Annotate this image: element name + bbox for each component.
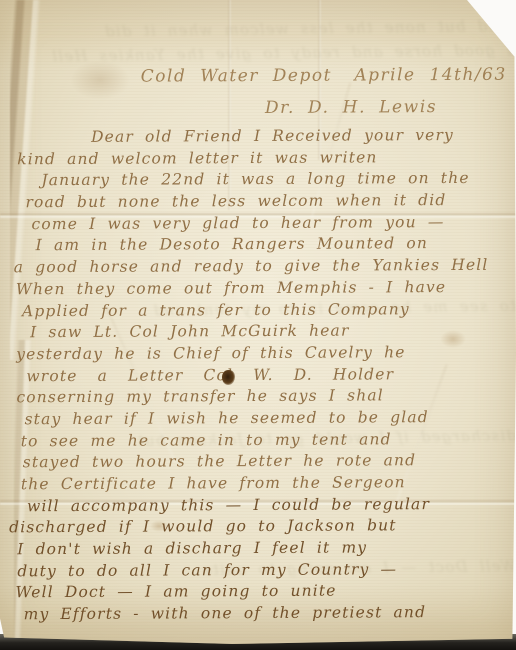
letter-line: Dear old Friend I Received your very <box>0 125 515 149</box>
letter-line: Applied for a trans fer to this Company <box>0 298 516 322</box>
scanned-letter-page: road but none the less welcom when it di… <box>0 0 516 650</box>
letter-date: Aprile 14th/63 <box>354 63 507 88</box>
letter-line: will accompany this — I could be regular <box>1 493 516 517</box>
letter-content: Cold Water Depot Aprile 14th/63 Dr. D. H… <box>0 0 516 626</box>
letter-line: I don't wish a discharg I feel it my <box>1 537 516 561</box>
letter-place: Cold Water Depot <box>141 64 332 89</box>
letter-line: Well Doct — I am going to unite <box>1 580 516 604</box>
letter-heading: Cold Water Depot Aprile 14th/63 <box>0 0 515 89</box>
letter-line: I saw Lt. Col John McGuirk hear <box>0 320 516 344</box>
letter-line: yesterday he is Chief of this Cavelry he <box>0 342 516 366</box>
letter-line: discharged if I would go to Jackson but <box>1 515 516 539</box>
letter-line: stayed two hours the Letter he rote and <box>1 450 516 474</box>
letter-line: wrote a Letter Col W. D. Holder <box>0 363 516 387</box>
letter-body: Dear old Friend I Received your very kin… <box>0 125 516 627</box>
letter-paper: road but none the less welcom when it di… <box>0 0 516 644</box>
letter-line: a good horse and ready to give the Yanki… <box>0 255 516 279</box>
letter-line: road but none the less welcom when it di… <box>0 190 515 214</box>
letter-line: I am in the Desoto Rangers Mounted on <box>0 233 516 257</box>
letter-line: January the 22nd it was a long time on t… <box>0 168 515 192</box>
letter-line: my Efforts - with one of the pretiest an… <box>2 602 516 626</box>
letter-line: the Certificate I have from the Sergeon <box>1 472 516 496</box>
letter-line: conserning my transfer he says I shal <box>0 385 516 409</box>
letter-addressee: Dr. D. H. Lewis <box>0 95 515 122</box>
letter-line: come I was very glad to hear from you — <box>0 211 516 235</box>
letter-line: duty to do all I can for my Country — <box>1 558 516 582</box>
letter-line: When they come out from Memphis - I have <box>0 276 516 300</box>
letter-line: kind and welcom letter it was writen <box>0 146 515 170</box>
letter-line: to see me he came in to my tent and <box>1 428 516 452</box>
letter-line: stay hear if I wish he seemed to be glad <box>1 407 516 431</box>
